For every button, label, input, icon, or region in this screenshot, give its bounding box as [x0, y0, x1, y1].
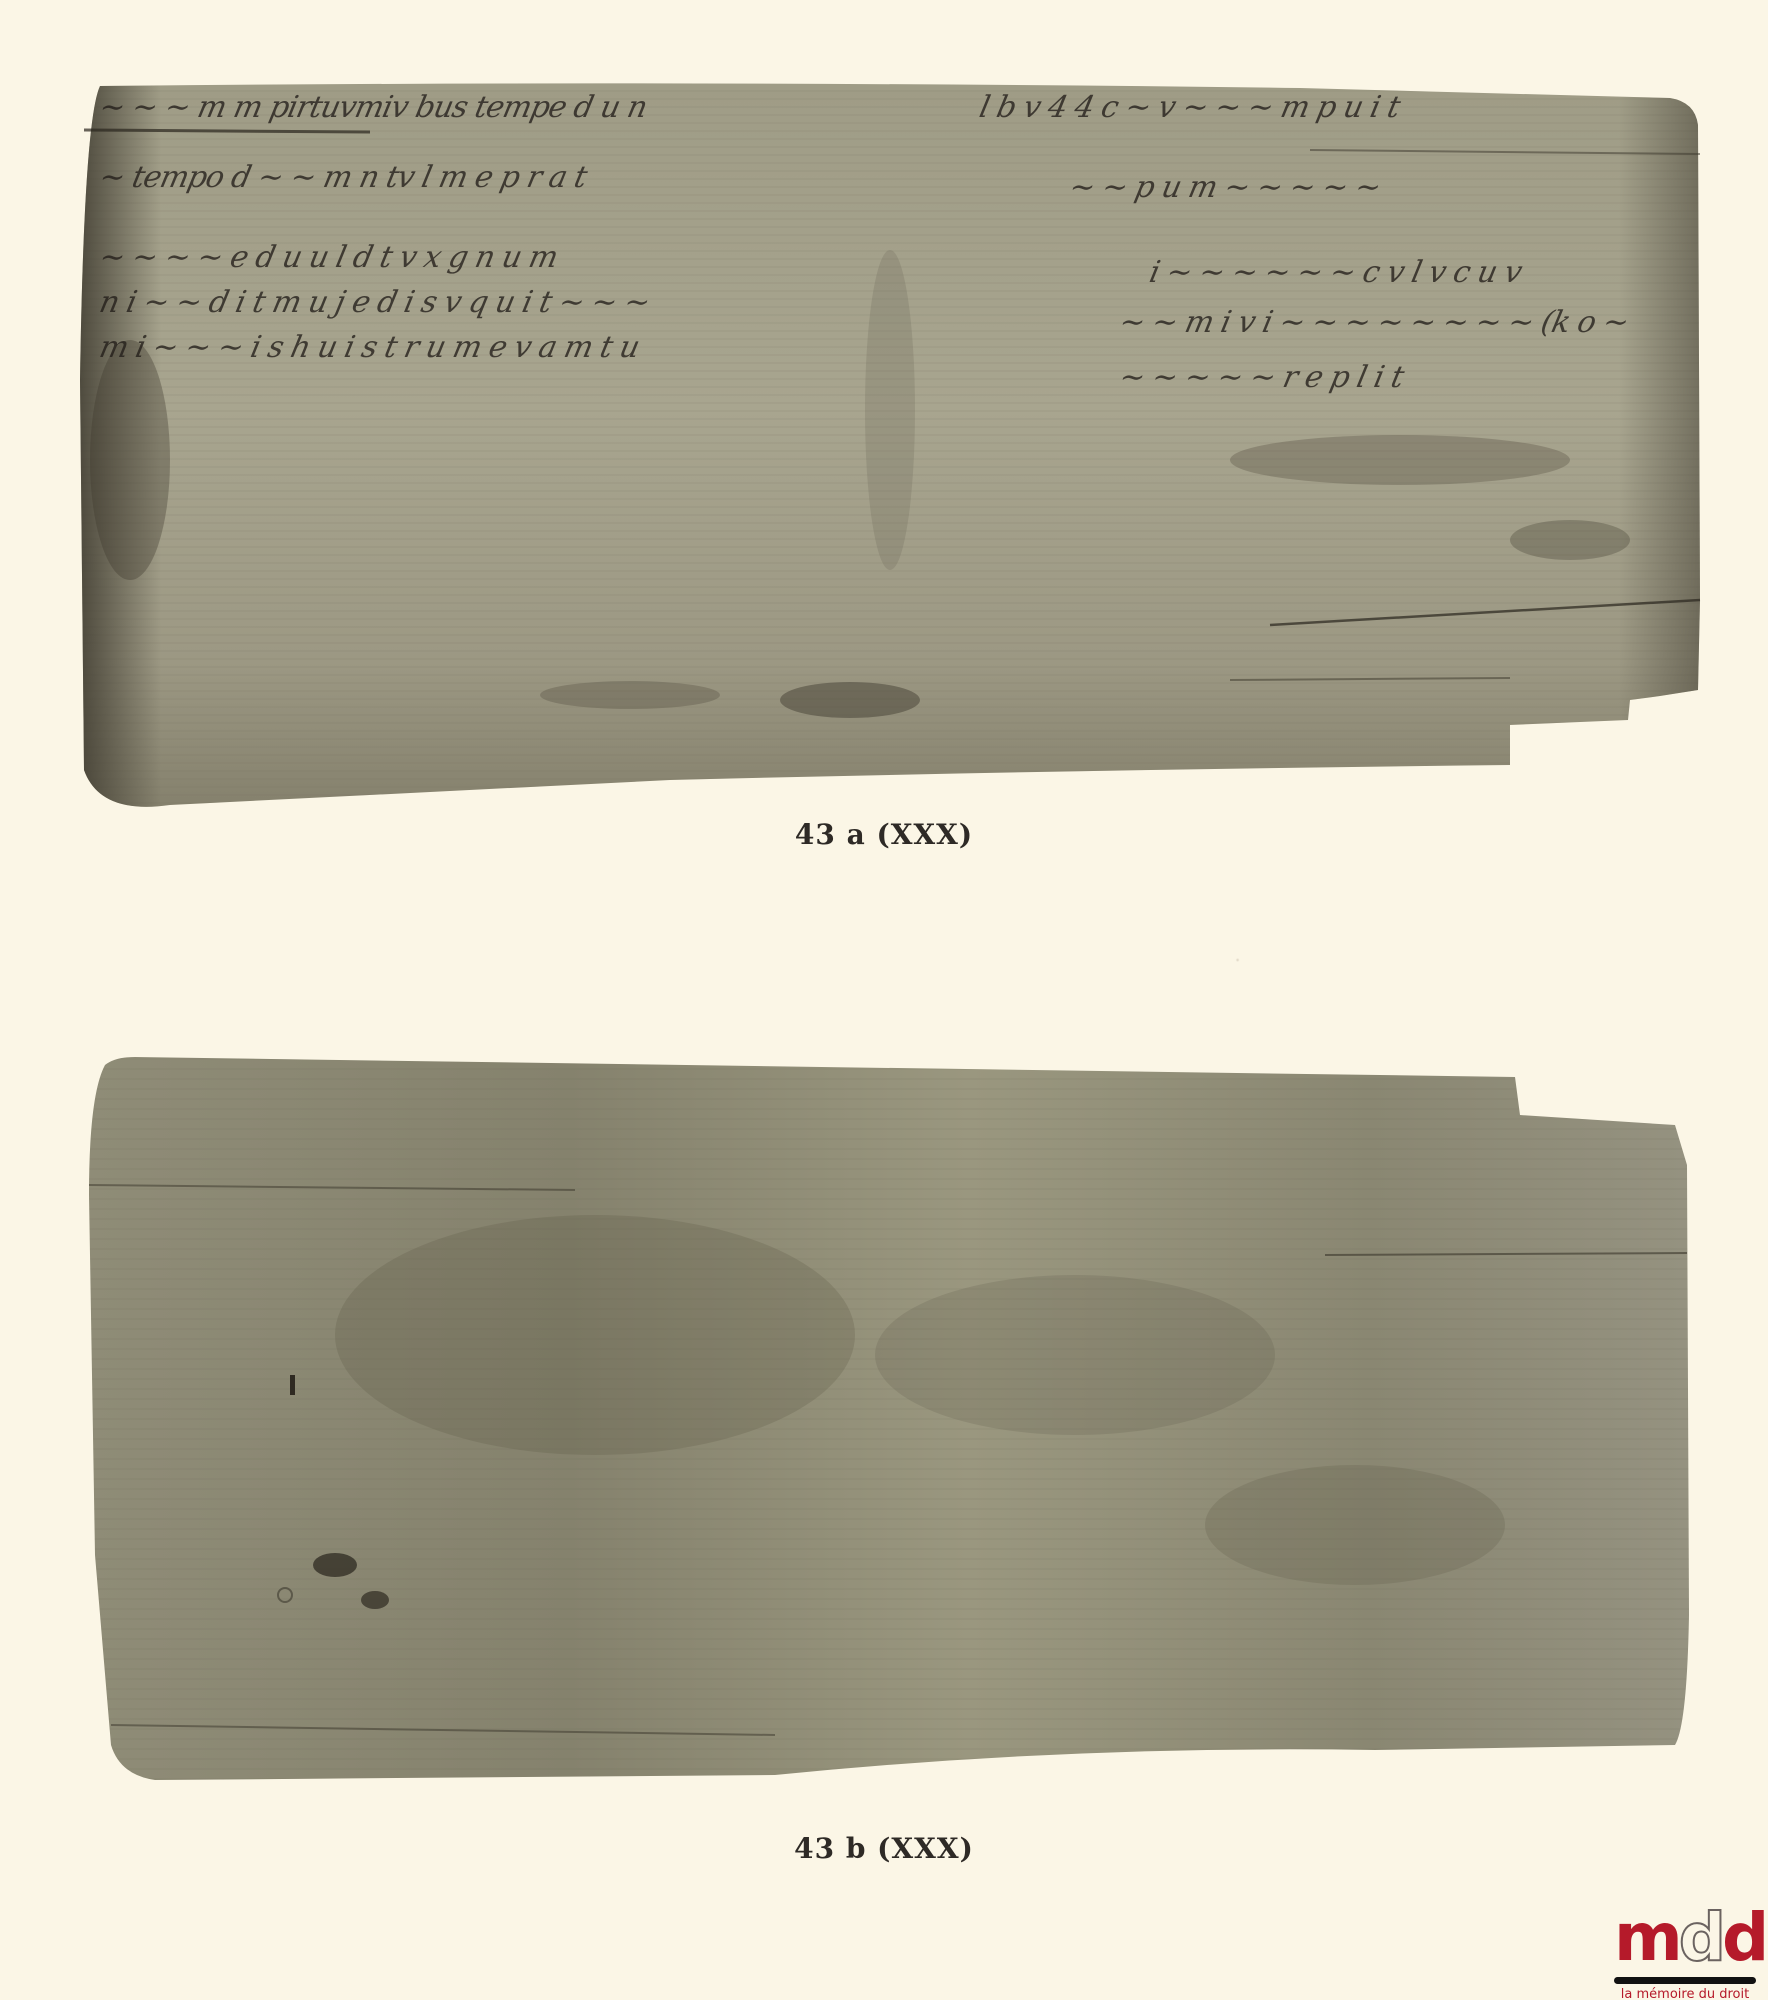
inscription-line: ~ ~ m i v i ~ ~ ~ ~ ~ ~ ~ ~ (k o ~	[1116, 305, 1631, 340]
inscription-line: ~ ~ ~ m m pirtuvmiv bus tempe d u n	[96, 90, 650, 125]
figure-caption-43b: 43 b (XXX)	[0, 1832, 1768, 1865]
logo-underline	[1614, 1977, 1756, 1984]
inscription-line: l b v 4 4 c ~ v ~ ~ ~ m p u i t	[976, 90, 1402, 125]
inscription-line: i ~ ~ ~ ~ ~ ~ c v l v c u v	[1146, 255, 1524, 290]
inscription-line: ~ tempo d ~ ~ m n tv l m e p r a t	[96, 160, 589, 195]
logo-tagline: la mémoire du droit	[1610, 1987, 1760, 2000]
logo-letter-d: d	[1722, 1899, 1765, 1976]
tablet-43b-shape	[75, 1055, 1715, 1795]
tablet-43b-photo	[75, 1055, 1715, 1795]
logo-letter-d-outline: d	[1679, 1899, 1722, 1976]
logo-wordmark: mdd	[1614, 1905, 1765, 1971]
inscription-line: ~ ~ ~ ~ e d u u l d t v x g n u m	[96, 240, 560, 275]
figure-caption-43a: 43 a (XXX)	[0, 818, 1768, 851]
inscription-line: n i ~ ~ d i t m u j e d i s v q u i t ~ …	[96, 285, 652, 320]
logo-letter-m: m	[1614, 1899, 1679, 1976]
inscription-line: ~ ~ ~ ~ ~ r e p l i t	[1116, 360, 1406, 395]
inscription-line: m i ~ ~ ~ i s h u i s t r u m e v a m t …	[96, 330, 642, 365]
inscription-line: ~ ~ p u m ~ ~ ~ ~ ~	[1066, 170, 1383, 205]
mdd-logo: mdd la mémoire du droit	[1610, 1905, 1760, 2000]
tablet-43a-photo: ~ ~ ~ m m pirtuvmiv bus tempe d u n ~ te…	[70, 80, 1710, 820]
